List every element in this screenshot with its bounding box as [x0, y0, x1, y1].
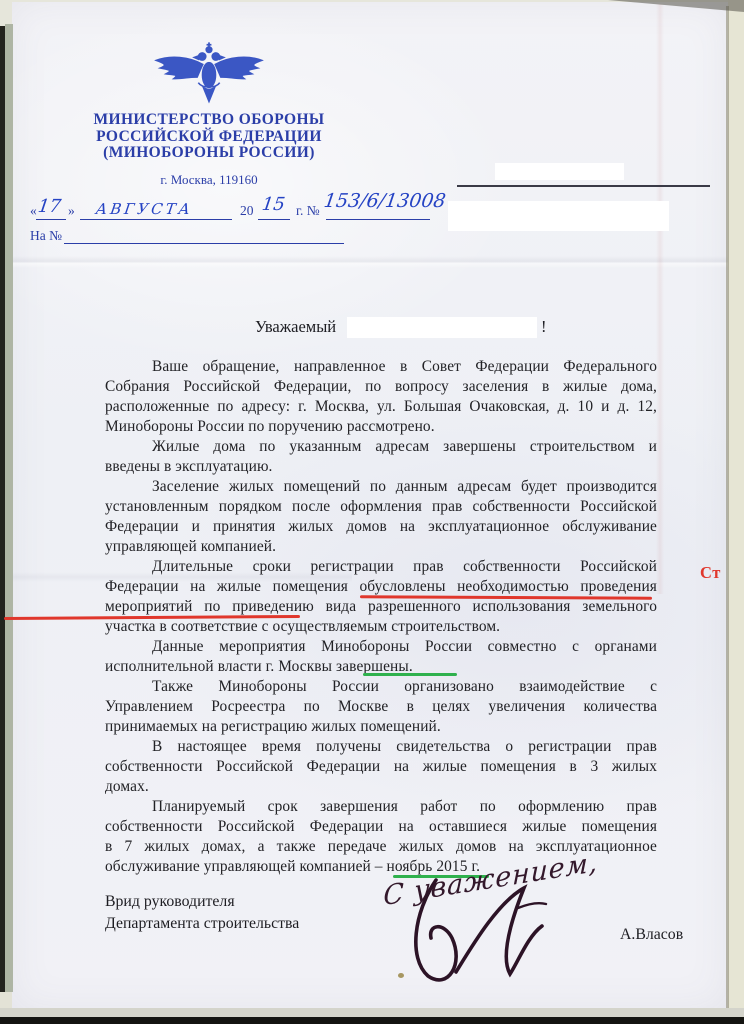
body-line: Данные мероприятия Минобороны России сов… — [105, 637, 657, 657]
salutation-text: Уважаемый — [255, 317, 336, 337]
year-handwritten: 15 — [261, 194, 287, 215]
scan-right-edge — [728, 0, 744, 1024]
body-line: собственности Российской Федерации на ос… — [105, 817, 657, 837]
redaction-box — [495, 163, 624, 180]
body-line: Жилые дома по указанным адресам завершен… — [105, 437, 657, 457]
body-line: мероприятий по приведению вида разрешенн… — [105, 597, 657, 617]
signer-title: Врид руководителя Департамента строитель… — [105, 891, 299, 935]
body-line: домах. — [105, 777, 657, 797]
body-line: В настоящее время получены свидетельства… — [105, 737, 657, 757]
ministry-emblem-icon — [150, 38, 268, 108]
body-line: собственности Российской Федерации на жи… — [105, 757, 657, 777]
ref-label: На № — [30, 228, 62, 244]
paper-right-edge — [726, 6, 729, 1016]
ministry-name-line: (МИНОБОРОНЫ РОССИИ) — [52, 145, 366, 162]
body-line: Ваше обращение, направленное в Совет Фед… — [105, 357, 657, 377]
ministry-address: г. Москва, 119160 — [52, 172, 366, 188]
green-underline — [363, 673, 457, 676]
year-line — [258, 219, 290, 220]
year-prefix: 20 — [240, 203, 254, 219]
date-month-handwritten: АВГУСТА — [95, 200, 195, 218]
body-line: расположенные по адресу: г. Москва, ул. … — [105, 397, 657, 417]
fold-crease — [12, 256, 728, 268]
salutation-exclamation: ! — [541, 317, 547, 337]
body-line: Также Минобороны России организовано вза… — [105, 677, 657, 697]
body-line: установленным порядком после оформления … — [105, 497, 657, 517]
body-line: принимаемых на регистрацию жилых помещен… — [105, 717, 657, 737]
body-line: Заселение жилых помещений по данным адре… — [105, 477, 657, 497]
margin-note-handwritten: Ст — [700, 563, 721, 583]
ministry-name: МИНИСТЕРСТВО ОБОРОНЫ РОССИЙСКОЙ ФЕДЕРАЦИ… — [52, 112, 366, 162]
scan-bottom-edge — [0, 1017, 744, 1024]
signer-name: А.Власов — [620, 926, 683, 944]
number-prefix: г. № — [296, 203, 320, 219]
date-close-quote: » — [68, 203, 75, 219]
body-line: управляющей компанией. — [105, 537, 657, 557]
body-line: Управлением Росреестра по Москве в целях… — [105, 697, 657, 717]
body-line: Собрания Российской Федерации, по вопрос… — [105, 377, 657, 397]
recipient-line — [457, 185, 710, 187]
scanned-letter: МИНИСТЕРСТВО ОБОРОНЫ РОССИЙСКОЙ ФЕДЕРАЦИ… — [0, 0, 744, 1024]
redaction-box — [448, 201, 669, 231]
signer-title-line: Департамента строительства — [105, 913, 299, 935]
body-line: Минобороны России по поручению рассмотре… — [105, 417, 657, 437]
scan-left-edge — [5, 24, 13, 992]
number-line — [326, 219, 430, 220]
body-line: Федерации и принятия жилых домов на эксп… — [105, 517, 657, 537]
body-line: введены в эксплуатацию. — [105, 457, 657, 477]
date-day-handwritten: 17 — [37, 196, 63, 217]
redaction-box-name — [347, 317, 537, 338]
ref-line — [64, 243, 344, 244]
body-line: Планируемый срок завершения работ по офо… — [105, 797, 657, 817]
fold-crease — [656, 4, 664, 594]
body-line: Федерации на жилые помещения обусловлены… — [105, 577, 657, 597]
signature-flourish-icon — [400, 874, 575, 994]
ministry-name-line: МИНИСТЕРСТВО ОБОРОНЫ — [52, 112, 366, 129]
outgoing-number-handwritten: 153/6/13008 — [322, 190, 447, 212]
body-line: Длительные сроки регистрации прав собств… — [105, 557, 657, 577]
ministry-name-line: РОССИЙСКОЙ ФЕДЕРАЦИИ — [52, 129, 366, 146]
signer-title-line: Врид руководителя — [105, 891, 299, 913]
date-month-line — [80, 219, 232, 220]
date-day-line — [36, 219, 66, 220]
body-line: участка в соответствие с осуществляемым … — [105, 617, 657, 637]
paper-speck — [398, 973, 404, 978]
